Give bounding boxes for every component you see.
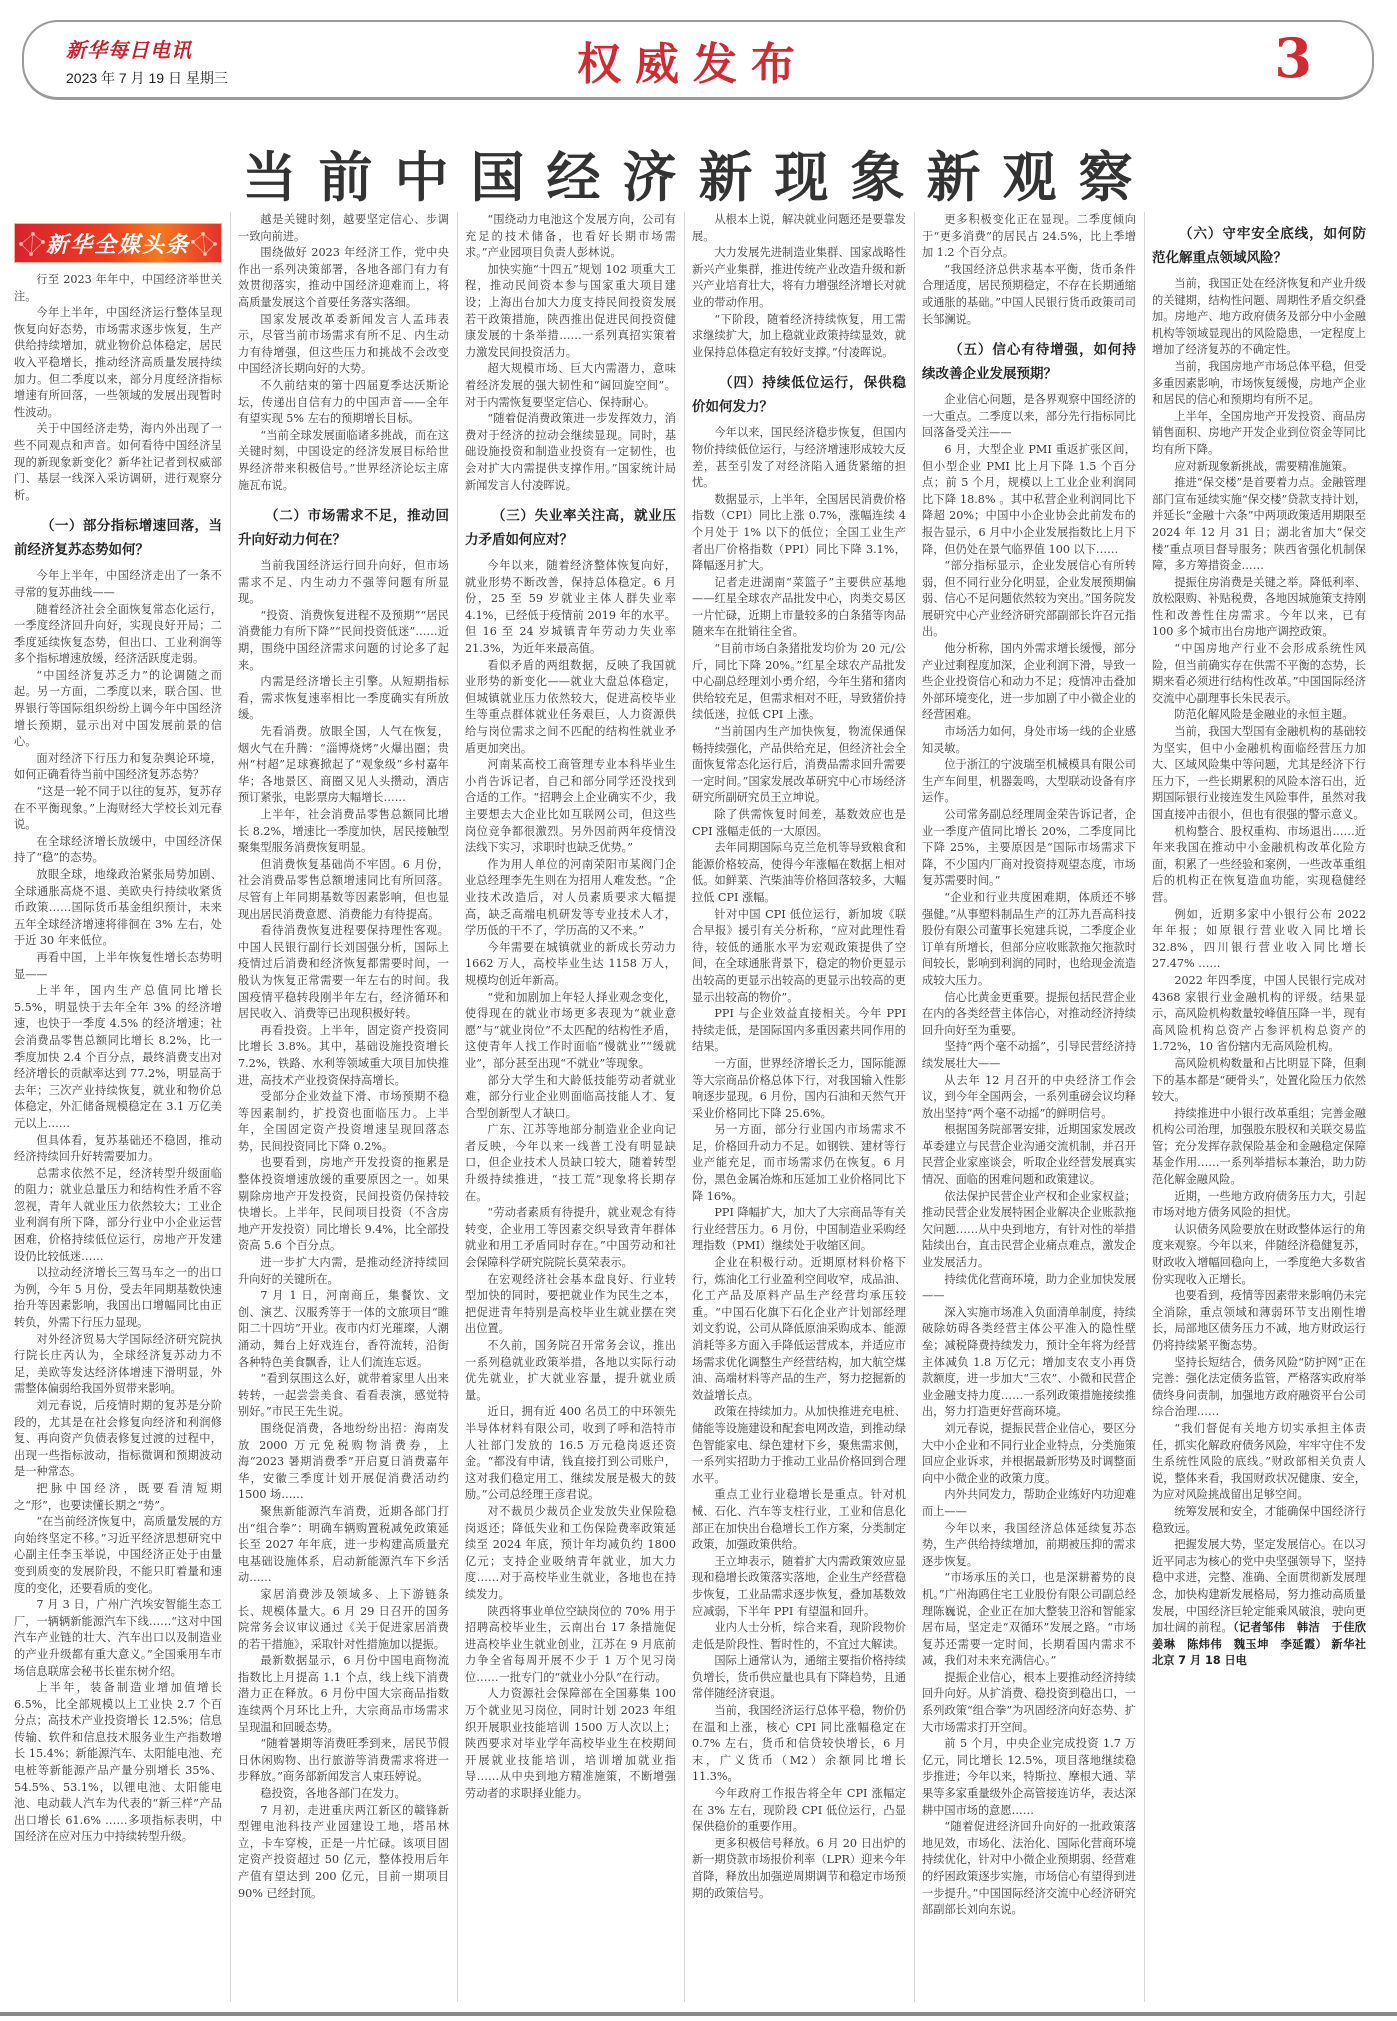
paragraph: 当前，我国房地产市场总体平稳，但受多重因素影响，市场恢复缓慢，房地产企业和居民的… bbox=[1152, 359, 1366, 409]
paragraph: 对不裁员少裁员企业发放失业保险稳岗返还；降低失业和工伤保险费率政策延续至 202… bbox=[465, 1504, 676, 1604]
paragraph: 但消费恢复基础尚不牢固。6 月份，社会消费品零售总额增速同比有所回落。尽管有上年… bbox=[238, 857, 449, 923]
paragraph: “围绕动力电池这个发展方向，公司有充足的技术储备，也看好长期市场需求。”产业园项… bbox=[465, 212, 676, 262]
paragraph: 当前，我国大型国有金融机构的基础较为坚实，但中小金融机构面临经营压力加大、区域风… bbox=[1152, 724, 1366, 824]
paragraph: 在宏观经济社会基本盘良好、行业转型加快的同时，要把就业作为民生之本，把促进青年特… bbox=[465, 1272, 676, 1338]
paragraph: 大力发展先进制造业集群、国家战略性新兴产业集群，推进传统产业改造升级和新兴产业培… bbox=[692, 245, 906, 311]
paragraph: 当前，我国经济运行总体平稳，物价仍在温和上涨，核心 CPI 同比涨幅稳定在 0.… bbox=[692, 1703, 906, 1786]
paragraph: 也要看到，房地产开发投资的拖累是整体投资增速放缓的重要原因之一。如果剔除房地产开… bbox=[238, 1155, 449, 1255]
paragraph: 市场活力如何，身处市场一线的企业感知灵敏。 bbox=[922, 724, 1136, 757]
paragraph: 部分大学生和大龄低技能劳动者就业难，部分行业企业则面临高技能人才、复合型创新型人… bbox=[465, 1073, 676, 1123]
paragraph: “中国经济复苏乏力”的论调随之而起。另一方面，二季度以来，联合国、世界银行等国际… bbox=[14, 668, 222, 751]
paragraph: 7 月初，走进重庆两江新区的赣锋新型锂电池科技产业园建设工地，塔吊林立，卡车穿梭… bbox=[238, 1803, 449, 1903]
column-divider bbox=[230, 212, 231, 2002]
paragraph: 河南某高校工商管理专业本科毕业生小肖告诉记者，自己和部分同学还没找到合适的工作。… bbox=[465, 757, 676, 857]
intro-paragraph: 行至 2023 年年中，中国经济举世关注。 bbox=[14, 272, 222, 305]
paragraph: 今年以来，随着经济整体恢复向好，就业形势不断改善，保持总体稳定。6 月份，25 … bbox=[465, 558, 676, 658]
paragraph: 今年政府工作报告将全年 CPI 涨幅定在 3% 左右，现阶段 CPI 低位运行，… bbox=[692, 1786, 906, 1836]
paragraph: 近期，一些地方政府债务压力大，引起市场对地方债务风险的担忧。 bbox=[1152, 1189, 1366, 1222]
footer-rule bbox=[0, 2012, 1397, 2016]
paragraph: 内需是经济增长主引擎。从短期指标看，需求恢复速率相比一季度确实有所放缓。 bbox=[238, 674, 449, 724]
section-heading-4: （四）持续低位运行，保供稳价如何发力？ bbox=[692, 371, 906, 419]
article-column-5: 更多积极变化正在显现。二季度倾向于“更多消费”的居民占 24.5%，比上季增加 … bbox=[922, 212, 1136, 2007]
paragraph: 王立坤表示，随着扩大内需政策效应显现和稳增长政策落实落地，企业生产经营稳步恢复，… bbox=[692, 1554, 906, 1620]
paragraph: 先看消费。放眼全国，人气在恢复，烟火气在升腾：“淄博烧烤”火爆出圈；贵州“村超”… bbox=[238, 724, 449, 807]
paragraph: 但具体看，复苏基础还不稳固，推动经济持续回升好转需要加力。 bbox=[14, 1133, 222, 1166]
paragraph: 数据显示，上半年，全国居民消费价格指数（CPI）同比上涨 0.7%，涨幅连续 4… bbox=[692, 492, 906, 575]
paragraph: 不久前结束的第十四届夏季达沃斯论坛，传递出自信有力的中国声音——全年有望实现 5… bbox=[238, 378, 449, 428]
paragraph: 高风险机构数量和占比明显下降，但剩下的基本都是“硬骨头”，处置化险压力依然较大。 bbox=[1152, 1056, 1366, 1106]
article-column-4: 从根本上说，解决就业问题还是要靠发展。 大力发展先进制造业集群、国家战略性新兴产… bbox=[692, 212, 906, 2007]
paragraph: 越是关键时刻，越要坚定信心、步调一致向前进。 bbox=[238, 212, 449, 245]
paragraph: 加快实施“十四五”规划 102 项重大工程，推动民间资本参与国家重大项目建设；上… bbox=[465, 262, 676, 362]
paragraph: 更多积极信号释放。6 月 20 日出炉的新一期贷款市场报价利率（LPR）迎来今年… bbox=[692, 1836, 906, 1902]
article-column-6: （六）守牢安全底线，如何防范化解重点领域风险？ 当前，我国正处在经济恢复和产业升… bbox=[1152, 212, 1366, 2007]
paragraph: “党和加剧加上年轻人择业观念变化，使得现在的就业市场更多表现为“就业意愿”与“就… bbox=[465, 990, 676, 1073]
paragraph: “随着促消费政策进一步发挥效力，消费对于经济的拉动会继续显现。同时，基础设施投资… bbox=[465, 411, 676, 494]
paragraph: “中国房地产行业不会形成系统性风险，但当前确实存在供需不平衡的态势，长期来看必须… bbox=[1152, 641, 1366, 707]
article-column-2: 越是关键时刻，越要坚定信心、步调一致向前进。 围绕做好 2023 年经济工作，党… bbox=[238, 212, 449, 2007]
paragraph: 从根本上说，解决就业问题还是要靠发展。 bbox=[692, 212, 906, 245]
paragraph: 当前，我国正处在经济恢复和产业升级的关键期，结构性问题、周期性矛盾交织叠加。房地… bbox=[1152, 276, 1366, 359]
paragraph: 统筹发展和安全，才能确保中国经济行稳致远。 bbox=[1152, 1504, 1366, 1537]
section-heading-3: （三）失业率关注高，就业压力矛盾如何应对？ bbox=[465, 504, 676, 552]
closing-paragraph: 把握发展大势，坚定发展信心。在以习近平同志为核心的党中央坚强领导下，坚持稳中求进… bbox=[1152, 1537, 1366, 1670]
newspaper-logo: 新华每日电讯 bbox=[66, 34, 192, 63]
section-heading-5: （五）信心有待增强，如何持续改善企业发展预期？ bbox=[922, 338, 1136, 386]
section-heading-6: （六）守牢安全底线，如何防范化解重点领域风险？ bbox=[1152, 222, 1366, 270]
article-column-3: “围绕动力电池这个发展方向，公司有充足的技术储备，也看好长期市场需求。”产业园项… bbox=[465, 212, 676, 2007]
paragraph: 认识债务风险要放在财政整体运行的角度来观察。今年以来，伴随经济稳健复苏，财政收入… bbox=[1152, 1222, 1366, 1288]
paragraph: 作为用人单位的河南荣阳市某阀门企业总经理李先生则在为招用人难发愁。“企业技术改造… bbox=[465, 857, 676, 940]
paragraph: “下阶段，随着经济持续恢复，用工需求继续扩大，加上稳就业政策持续显效，就业保持总… bbox=[692, 312, 906, 362]
paragraph: “企业和行业共度困难期，体质还不够强健。”从事塑料制品生产的江苏九吾高科技股份有… bbox=[922, 890, 1136, 990]
paragraph: 持续优化营商环境，助力企业加快发展—— bbox=[922, 1272, 1136, 1305]
paragraph: 今年以来，我国经济总体延续复苏态势，生产供给持续增加，前期被压抑的需求逐步恢复。 bbox=[922, 1521, 1136, 1571]
paragraph: 看待消费恢复进程要保持理性客观。中国人民银行副行长刘国强分析，国际上疫情过后消费… bbox=[238, 923, 449, 1023]
paragraph: 从去年 12 月召开的中央经济工作会议，到今年全国两会，一系列重磅会议均释放出坚… bbox=[922, 1073, 1136, 1123]
paragraph: 企业信心问题，是各界观察中国经济的一大重点。二季度以来，部分先行指标同比回落备受… bbox=[922, 392, 1136, 442]
banner-label: 新华全媒头条 bbox=[46, 228, 190, 259]
paragraph: 依法保护民营企业产权和企业家权益；推动民营企业发展特困企业解决企业账款拖欠问题…… bbox=[922, 1189, 1136, 1272]
paragraph: 深入实施市场准入负面清单制度，持续破除妨碍各类经营主体公平准入的隐性壁垒；减税降… bbox=[922, 1305, 1136, 1421]
paragraph: 公司常务副总经理周金荣告诉记者，企业一季度产值同比增长 20%，二季度同比下降 … bbox=[922, 807, 1136, 890]
paragraph: 2022 年四季度，中国人民银行完成对 4368 家银行业金融机构的评级。结果显… bbox=[1152, 973, 1366, 1056]
paragraph: “当前国内生产加快恢复，物流保通保畅持续强化，产品供给充足，但经济社会全面恢复常… bbox=[692, 724, 906, 807]
paragraph: 人力资源社会保障部在全国募集 100 万个就业见习岗位，同时计划 2023 年组… bbox=[465, 1686, 676, 1802]
paragraph: 近日，拥有近 400 名员工的中环领先半导体材料有限公司，收到了呼和浩特市人社部… bbox=[465, 1404, 676, 1504]
paragraph: 围绕做好 2023 年经济工作，党中央作出一系列决策部署，各地各部门有力有效贯彻… bbox=[238, 245, 449, 311]
article-column-1: 行至 2023 年年中，中国经济举世关注。 今年上半年，中国经济运行整体呈现恢复… bbox=[14, 272, 222, 2007]
intro-paragraph: 关于中国经济走势，海内外出现了一些不同观点和声音。如何看待中国经济呈现的新现象新… bbox=[14, 421, 222, 504]
paragraph: 今年上半年，中国经济走出了一条不寻常的复苏曲线—— bbox=[14, 568, 222, 601]
column-divider bbox=[684, 212, 685, 2002]
paragraph: 上半年，全国房地产开发投资、商品房销售面积、房地产开发企业到位资金等同比均有所下… bbox=[1152, 409, 1366, 459]
paragraph: “部分指标显示，企业发展信心有所转弱，但不同行业分化明显，企业发展预期偏弱、信心… bbox=[922, 558, 1136, 641]
paragraph: “当前全球发展面临诸多挑战，而在这关键时刻，中国设定的经济发展目标给世界经济带来… bbox=[238, 428, 449, 494]
paragraph: 把脉中国经济，既要看清短期之“形”，也要读懂长期之“势”。 bbox=[14, 1481, 222, 1514]
paragraph: 7 月 3 日，广州广汽埃安智能生态工厂，一辆辆新能源汽车下线……“这对中国汽车… bbox=[14, 1597, 222, 1680]
paragraph: 再看中国，上半年恢复性增长态势明显—— bbox=[14, 950, 222, 983]
paragraph: PPI 降幅扩大，加大了大宗商品等有关行业经营压力。6 月份，中国制造业采购经理… bbox=[692, 1205, 906, 1255]
network-dots-icon bbox=[19, 230, 47, 258]
xinhua-media-banner: 新华全媒头条 bbox=[14, 223, 222, 263]
network-dots-icon bbox=[189, 230, 217, 258]
paragraph: 今年需要在城镇就业的新成长劳动力 1662 万人，高校毕业生达 1158 万人，… bbox=[465, 940, 676, 990]
paragraph: 以拉动经济增长三驾马车之一的出口为例，今年 5 月份，受去年同期基数快速抬升等因… bbox=[14, 1265, 222, 1331]
paragraph: 业内人士分析，综合来看，现阶段物价走低是阶段性、暂时性的，不宜过大解读。 bbox=[692, 1620, 906, 1653]
paragraph: 记者走进湖南“菜篮子”主要供应基地——红星全球农产品批发中心，肉类交易区一片忙碌… bbox=[692, 575, 906, 641]
paragraph: 进一步扩大内需，是推动经济持续回升向好的关键所在。 bbox=[238, 1255, 449, 1288]
paragraph: 他分析称，国内外需求增长缓慢，部分产业过剩程度加深，企业利润下滑，导致一些企业投… bbox=[922, 641, 1136, 724]
paragraph: “我国经济总供求基本平衡，货币条件合理适度，居民预期稳定，不存在长期通缩或通胀的… bbox=[922, 262, 1136, 328]
paragraph: 刘元春说，后疫情时期的复苏是分阶段的，尤其是在社会修复向经济和利润修复、再向资产… bbox=[14, 1398, 222, 1481]
paragraph: 企业在积极行动。近期原材料价格下行，炼油化工行业盈利空间收窄，成品油、化工产品及… bbox=[692, 1255, 906, 1404]
paragraph: 7 月 1 日，河南商丘，集餐饮、文创、演艺、汉服秀等于一体的文旅项目“睢阳二十… bbox=[238, 1288, 449, 1371]
paragraph: “随着暑期等消费旺季到来，居民节假日休闲购物、出行旅游等消费需求将进一步释放。”… bbox=[238, 1736, 449, 1786]
paragraph: 除了供需恢复时间差，基数效应也是 CPI 涨幅走低的一大原因。 bbox=[692, 807, 906, 840]
paragraph: 也要看到，疫情等因素带来影响仍未完全消除，重点领域和薄弱环节支出刚性增长，局部地… bbox=[1152, 1288, 1366, 1354]
paragraph: 面对经济下行压力和复杂舆论环境，如何正确看待当前中国经济复苏态势？ bbox=[14, 751, 222, 784]
paragraph: “看到氛围这么好，就带着家里人出来转转，一起尝尝美食、看看表演，感觉特别好。”市… bbox=[238, 1371, 449, 1421]
paragraph: 一方面，世界经济增长乏力，国际能源等大宗商品价格总体下行，对我国输入性影响逐步显… bbox=[692, 1056, 906, 1122]
paragraph: PPI 与企业效益直接相关。今年 PPI 持续走低，是国际国内多重因素共同作用的… bbox=[692, 1006, 906, 1056]
paragraph: 内外共同发力，帮助企业练好内功迎难而上—— bbox=[922, 1487, 1136, 1520]
masthead: 新华每日电讯 2023 年 7 月 19 日 星期三 权威发布 3 bbox=[22, 20, 1374, 100]
paragraph: 广东、江苏等地部分制造业企业向记者反映，今年以来一线普工没有明显缺口，但企业技术… bbox=[465, 1122, 676, 1205]
column-divider bbox=[1144, 212, 1145, 2002]
paragraph: 政策在持续加力。从加快推进充电桩、储能等设施建设和配套电网改造，到推动绿色智能家… bbox=[692, 1404, 906, 1487]
paragraph: 信心比黄金更重要。提振包括民营企业在内的各类经营主体信心，对推动经济持续回升向好… bbox=[922, 990, 1136, 1040]
paragraph: “随着促进经济回升向好的一批政策落地见效，市场化、法治化、国际化营商环境持续优化… bbox=[922, 1819, 1136, 1919]
paragraph: 防范化解风险是金融业的永恒主题。 bbox=[1152, 707, 1366, 724]
paragraph: “市场承压的关口，也是深耕蓄势的良机。”广州海鸥住宅工业股份有限公司副总经理陈巍… bbox=[922, 1570, 1136, 1670]
paragraph: 位于浙江的宁波瑞至机械模具有限公司生产车间里，机器轰鸣，大型联动设备有序运作。 bbox=[922, 757, 1136, 807]
paragraph: 根据国务院部署安排，近期国家发展改革委建立与民营企业沟通交流机制，并召开民营企业… bbox=[922, 1122, 1136, 1188]
paragraph: 受部分企业效益下滑、市场预期不稳等因素制约，扩投资也面临压力。上半年，全国固定资… bbox=[238, 1089, 449, 1155]
paragraph: 上半年，装备制造业增加值增长 6.5%，比全部规模以上工业快 2.7 个百分点；… bbox=[14, 1680, 222, 1846]
paragraph: 看似矛盾的两组数据，反映了我国就业形势的新变化——就业大盘总体稳定，但城镇就业压… bbox=[465, 658, 676, 758]
paragraph: 提振企业信心，根本上要推动经济持续回升向好。从扩消费、稳投资到稳出口，一系列政策… bbox=[922, 1670, 1136, 1736]
paragraph: 应对新现象新挑战，需要精准施策。 bbox=[1152, 459, 1366, 476]
paragraph: 国际上通常认为，通缩主要指价格持续负增长，货币供应量也具有下降趋势，且通常伴随经… bbox=[692, 1653, 906, 1703]
paragraph: 家居消费涉及领域多、上下游链条长、规模体量大。6 月 29 日召开的国务院常务会… bbox=[238, 1587, 449, 1653]
paragraph: 更多积极变化正在显现。二季度倾向于“更多消费”的居民占 24.5%，比上季增加 … bbox=[922, 212, 1136, 262]
paragraph: “我们督促有关地方切实承担主体责任，抓实化解政府债务风险，牢牢守住不发生系统性风… bbox=[1152, 1421, 1366, 1504]
paragraph: 前 5 个月，中央企业完成投资 1.7 万亿元，同比增长 12.5%，项目落地继… bbox=[922, 1736, 1136, 1819]
column-divider bbox=[914, 212, 915, 2002]
paragraph: 坚持长短结合，债务风险“防护网”正在完善：强化法定债务监管，严格落实政府举债终身… bbox=[1152, 1355, 1366, 1421]
paragraph: 6 月，大型企业 PMI 重返扩张区间，但小型企业 PMI 比上月下降 1.5 … bbox=[922, 442, 1136, 558]
paragraph: 刘元春说，提振民营企业信心，要区分大中小企业和不同行业企业特点，分类施策回应企业… bbox=[922, 1421, 1136, 1487]
paragraph: 重点工业行业稳增长是重点。针对机械、石化、汽车等支柱行业，工业和信息化部正在加快… bbox=[692, 1487, 906, 1553]
paragraph: 稳投资，各地各部门在发力。 bbox=[238, 1786, 449, 1803]
paragraph: 推进“保交楼”是首要着力点。金融管理部门宣布延续实施“保交楼”贷款支持计划，并延… bbox=[1152, 475, 1366, 575]
paragraph: “在当前经济恢复中，高质量发展的方向始终坚定不移。”习近平经济思想研究中心副主任… bbox=[14, 1514, 222, 1597]
paragraph: 在全球经济增长放缓中，中国经济保持了“稳”的态势。 bbox=[14, 834, 222, 867]
paragraph: 不久前，国务院召开常务会议，推出一系列稳就业政策举措，各地以实际行动优先就业，扩… bbox=[465, 1338, 676, 1404]
paragraph: 当前我国经济运行回升向好，但市场需求不足、内生动力不强等问题有所显现。 bbox=[238, 558, 449, 608]
section-heading-2: （二）市场需求不足，推动回升向好动力何在？ bbox=[238, 504, 449, 552]
paragraph: 例如，近期多家中小银行公布 2022 年年报；如原银行营业收入同比增长 32.8… bbox=[1152, 907, 1366, 973]
headline: 当前中国经济新现象新观察 bbox=[0, 135, 1397, 212]
column-divider bbox=[457, 212, 458, 2002]
section-title: 权威发布 bbox=[577, 28, 809, 92]
paragraph: 国家发展改革委新闻发言人孟玮表示，尽管当前市场需求有所不足、内生动力有待增强，但… bbox=[238, 312, 449, 378]
paragraph: 提振住房消费是关键之举。降低利率、放松限购、补贴税费，各地因城施策支持刚性和改善… bbox=[1152, 575, 1366, 641]
paragraph: 持续推进中小银行改革重组；完善金融机构公司治理，加强股东股权和关联交易监管；充分… bbox=[1152, 1106, 1366, 1189]
paragraph: 去年同期国际乌克兰危机等导致粮食和能源价格较高，使得今年涨幅在数据上相对低。如鲜… bbox=[692, 840, 906, 906]
paragraph: 聚焦新能源汽车消费，近期各部门打出“组合拳”：明确车辆购置税减免政策延长至 20… bbox=[238, 1504, 449, 1587]
paragraph: 针对中国 CPI 低位运行，新加坡《联合早报》援引有关分析称，“应对此理性看待，… bbox=[692, 907, 906, 1007]
paragraph: 今年以来，国民经济稳步恢复，但国内物价持续低位运行，与经济增速形成较大反差，甚至… bbox=[692, 425, 906, 491]
paragraph: 超大规模市场、巨大内需潜力，意味着经济发展的强大韧性和“阔回旋空间”。对于内需恢… bbox=[465, 361, 676, 411]
intro-paragraph: 今年上半年，中国经济运行整体呈现恢复向好态势，市场需求逐步恢复，生产供给持续增加… bbox=[14, 305, 222, 421]
paragraph: “目前市场白条猪批发均价为 20 元/公斤，同比下降 20%。”红星全球农产品批… bbox=[692, 641, 906, 724]
paragraph: 围绕促消费，各地纷纷出招：海南发放 2000 万元免税购物消费券，上海“2023… bbox=[238, 1421, 449, 1504]
paragraph: 坚持“两个毫不动摇”，引导民营经济持续发展壮大—— bbox=[922, 1039, 1136, 1072]
paragraph: 上半年，国内生产总值同比增长 5.5%，明显快于去年全年 3% 的经济增速，也快… bbox=[14, 983, 222, 1132]
paragraph: 总需求依然不足，经济转型升级面临的阻力；就业总量压力和结构性矛盾不容忽视，青年人… bbox=[14, 1166, 222, 1266]
paragraph: 放眼全球，地缘政治紧张局势加剧、全球通胀高烧不退、美欧央行持续收紧货币政策……国… bbox=[14, 867, 222, 950]
paragraph: 最新数据显示，6 月份中国电商物流指数比上月提高 1.1 个点，线上线下消费潜力… bbox=[238, 1653, 449, 1736]
page-number: 3 bbox=[1274, 26, 1312, 90]
paragraph: 机构整合、股权重构、市场退出……近年来我国在推动中小金融机构改革化险方面，积累了… bbox=[1152, 824, 1366, 907]
paragraph: 再看投资。上半年，固定资产投资同比增长 3.8%。其中，基础设施投资增长 7.2… bbox=[238, 1023, 449, 1089]
paragraph: “劳动者素质有待提升，就业观念有待转变，企业用工等因素交织导致青年群体就业和用工… bbox=[465, 1205, 676, 1271]
paragraph: 陕西将事业单位空缺岗位的 70% 用于招聘高校毕业生，云南出台 17 条措施促进… bbox=[465, 1604, 676, 1687]
paragraph: “投资、消费恢复进程不及预期”“居民消费能力有所下降”“民间投资低迷”……近期，… bbox=[238, 608, 449, 674]
paragraph: 对外经济贸易大学国际经济研究院执行院长庄芮认为，全球经济复苏动力不足，美欧等发达… bbox=[14, 1332, 222, 1398]
paragraph: 上半年，社会消费品零售总额同比增长 8.2%，增速比一季度加快，居民接触型聚集型… bbox=[238, 807, 449, 857]
section-heading-1: （一）部分指标增速回落，当前经济复苏态势如何？ bbox=[14, 514, 222, 562]
paragraph: 随着经济社会全面恢复常态化运行，一季度经济回升向好，实现良好开局；二季度延续恢复… bbox=[14, 602, 222, 668]
paragraph: 另一方面，部分行业国内市场需求不足，价格回升动力不足。如钢铁、建材等行业产能充足… bbox=[692, 1122, 906, 1205]
paragraph: “这是一轮不同于以往的复苏，复苏存在不平衡现象。”上海财经大学校长刘元春说。 bbox=[14, 784, 222, 834]
publication-date: 2023 年 7 月 19 日 星期三 bbox=[66, 68, 228, 88]
